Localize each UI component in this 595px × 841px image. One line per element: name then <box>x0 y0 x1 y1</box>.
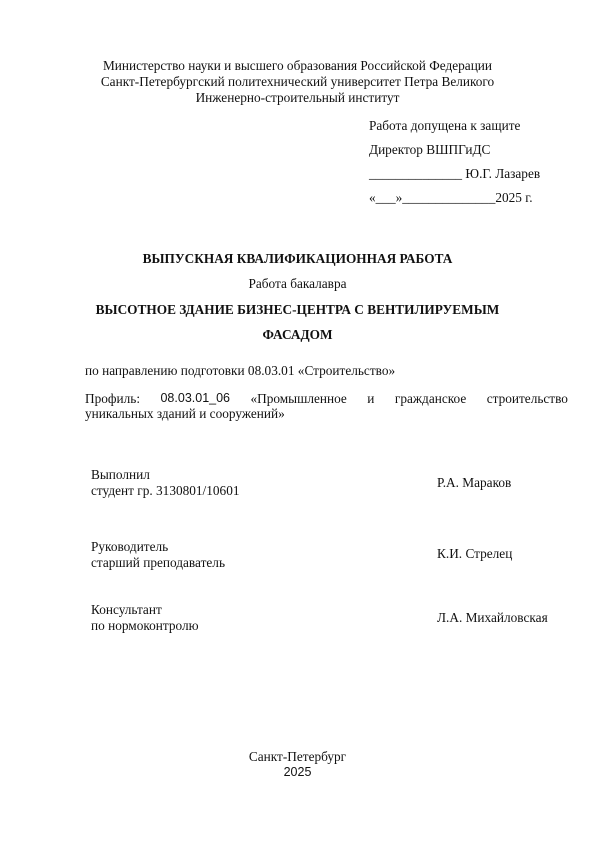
university-line: Санкт-Петербургский политехнический унив… <box>0 74 595 89</box>
direction-text: по направлению подготовки 08.03.01 «Стро… <box>85 363 395 379</box>
approval-admitted: Работа допущена к защите <box>369 114 520 138</box>
approval-director-title: Директор ВШПГиДС <box>369 138 490 162</box>
profile-line-2: уникальных зданий и сооружений» <box>85 406 285 422</box>
profile-line-1: Профиль: 08.03.01_06 «Промышленное и гра… <box>85 391 568 407</box>
director-name: Ю.Г. Лазарев <box>465 166 540 181</box>
signature-role: Руководитель <box>91 539 168 555</box>
quote-open: « <box>369 190 376 205</box>
signature-detail: старший преподаватель <box>91 555 225 571</box>
month-blank: ______________ <box>402 190 495 205</box>
footer-city: Санкт-Петербург <box>0 749 595 765</box>
work-type: Работа бакалавра <box>0 276 595 292</box>
footer-year: 2025 <box>0 765 595 779</box>
profile-code: 08.03.01_06 <box>160 391 230 407</box>
profile-label: Профиль: <box>85 391 140 407</box>
signature-role: Консультант <box>91 602 162 618</box>
signature-name: Л.А. Михайловская <box>437 610 548 626</box>
profile-word: гражданское <box>395 391 466 407</box>
topic-line-1: ВЫСОТНОЕ ЗДАНИЕ БИЗНЕС-ЦЕНТРА С ВЕНТИЛИР… <box>0 302 595 318</box>
ministry-line: Министерство науки и высшего образования… <box>0 58 595 73</box>
signature-name: Р.А. Мараков <box>437 475 511 491</box>
signature-detail: по нормоконтролю <box>91 618 199 634</box>
profile-word: и <box>367 391 374 407</box>
signature-role: Выполнил <box>91 467 150 483</box>
approval-year: 2025 г. <box>495 190 532 205</box>
signature-detail: студент гр. 3130801/10601 <box>91 483 240 499</box>
profile-word: строительство <box>487 391 568 407</box>
document-type: ВЫПУСКНАЯ КВАЛИФИКАЦИОННАЯ РАБОТА <box>0 251 595 267</box>
topic-line-2: ФАСАДОМ <box>0 327 595 343</box>
signature-blank: ______________ <box>369 166 462 181</box>
profile-word: «Промышленное <box>250 391 346 407</box>
approval-signature-line: ______________ Ю.Г. Лазарев <box>369 162 540 186</box>
signature-name: К.И. Стрелец <box>437 546 512 562</box>
day-blank: ___ <box>376 190 396 205</box>
institute-line: Инженерно-строительный институт <box>0 90 595 105</box>
approval-date-line: «___»______________2025 г. <box>369 186 533 210</box>
